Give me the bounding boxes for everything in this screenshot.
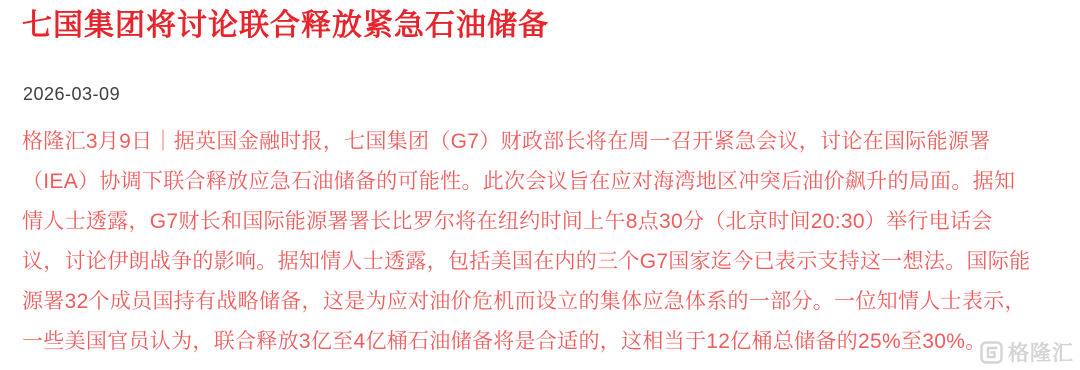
article-body-line: 情人士透露，G7财长和国际能源署署长比罗尔将在纽约时间上午8点30分（北京时间2…	[22, 202, 1070, 242]
watermark: 格隆汇	[980, 337, 1074, 367]
article-body-line: 一些美国官员认为，联合释放3亿至4亿桶石油储备将是合适的，这相当于12亿桶总储备…	[22, 322, 1070, 362]
article-body: 格隆汇3月9日｜据英国金融时报，七国集团（G7）财政部长将在周一召开紧急会议，讨…	[22, 122, 1070, 362]
article-date: 2026-03-09	[23, 84, 120, 106]
article-title: 七国集团将讨论联合释放紧急石油储备	[22, 9, 549, 44]
article-body-line: 议，讨论伊朗战争的影响。据知情人士透露，包括美国在内的三个G7国家迄今已表示支持…	[22, 242, 1070, 282]
watermark-label: 格隆汇	[1008, 337, 1074, 367]
gelonghui-logo-icon	[980, 340, 1004, 364]
article-body-line: 源署32个成员国持有战略储备，这是为应对油价危机而设立的集体应急体系的一部分。一…	[22, 282, 1070, 322]
article-page: 七国集团将讨论联合释放紧急石油储备 2026-03-09 格隆汇3月9日｜据英国…	[0, 0, 1080, 370]
article-body-line: （IEA）协调下联合释放应急石油储备的可能性。此次会议旨在应对海湾地区冲突后油价…	[22, 162, 1070, 202]
article-body-line: 格隆汇3月9日｜据英国金融时报，七国集团（G7）财政部长将在周一召开紧急会议，讨…	[22, 122, 1070, 162]
